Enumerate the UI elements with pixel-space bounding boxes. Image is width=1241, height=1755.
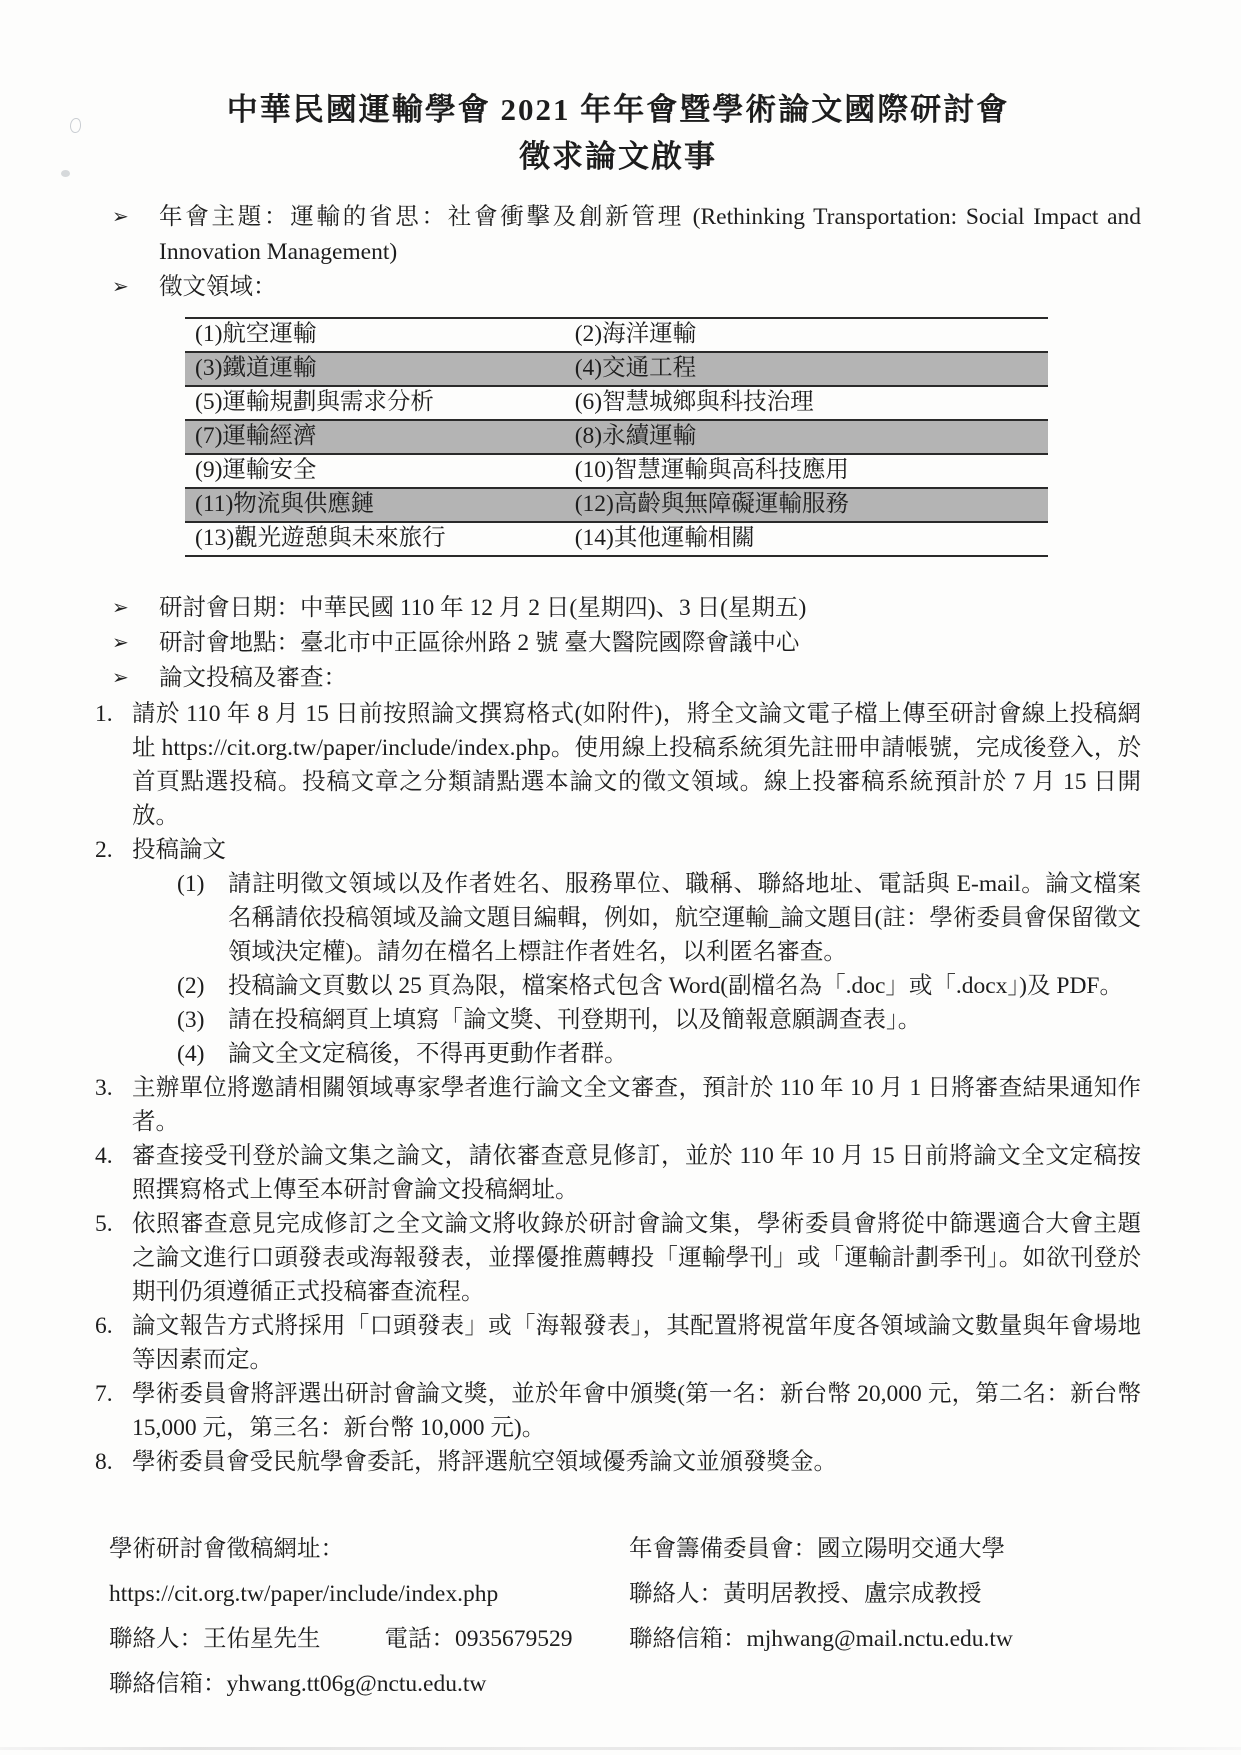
topic-cell: (13)觀光遊憩與未來旅行: [185, 522, 565, 556]
intro-section: ➢ 年會主題：運輸的省思：社會衝擊及創新管理 (Rethinking Trans…: [95, 200, 1141, 305]
subitem-text: 論文全文定稿後，不得再更動作者群。: [228, 1037, 1141, 1071]
item-number: 4.: [95, 1139, 132, 1207]
table-row: (9)運輸安全 (10)智慧運輸與高科技應用: [185, 454, 1048, 488]
subitem-text: 請在投稿網頁上填寫「論文獎、刊登期刊，以及簡報意願調查表」。: [228, 1003, 1141, 1037]
topic-cell: (7)運輸經濟: [185, 420, 565, 454]
arrow-bullet-icon: ➢: [112, 200, 159, 270]
submission-url: https://cit.org.tw/paper/include/index.p…: [109, 1572, 617, 1617]
topic-cell: (12)高齡與無障礙運輸服務: [565, 488, 1048, 522]
table-row: (11)物流與供應鏈 (12)高齡與無障礙運輸服務: [185, 488, 1048, 522]
topics-label: 徵文領域：: [159, 270, 1141, 305]
document-page: 中華民國運輸學會 2021 年年會暨學術論文國際研討會 徵求論文啟事 ➢ 年會主…: [0, 0, 1241, 1755]
item-number: 5.: [95, 1207, 132, 1309]
topics-bullet: ➢ 徵文領域：: [95, 270, 1141, 305]
venue-bullet: ➢ 研討會地點：臺北市中正區徐州路 2 號 臺大醫院國際會議中心: [95, 626, 1141, 661]
subitem-number: (3): [177, 1003, 228, 1037]
conference-venue-text: 研討會地點：臺北市中正區徐州路 2 號 臺大醫院國際會議中心: [159, 626, 1141, 661]
topic-cell: (11)物流與供應鏈: [185, 488, 565, 522]
submission-review-label: 論文投稿及審查：: [159, 661, 1141, 696]
item-number: 3.: [95, 1071, 132, 1139]
arrow-bullet-icon: ➢: [112, 626, 159, 661]
date-bullet: ➢ 研討會日期：中華民國 110 年 12 月 2 日(星期四)、3 日(星期五…: [95, 591, 1141, 626]
topic-cell: (9)運輸安全: [185, 454, 565, 488]
organizing-committee: 年會籌備委員會：國立陽明交通大學: [629, 1527, 1013, 1572]
committee-email: 聯絡信箱：mjhwang@mail.nctu.edu.tw: [629, 1617, 1013, 1662]
arrow-bullet-icon: ➢: [112, 661, 159, 696]
topics-table: (1)航空運輸 (2)海洋運輸 (3)鐵道運輸 (4)交通工程 (5)運輸規劃與…: [185, 317, 1048, 557]
subitem-number: (1): [177, 867, 228, 969]
item-text: 請於 110 年 8 月 15 日前按照論文撰寫格式(如附件)，將全文論文電子檔…: [132, 697, 1141, 833]
topic-cell: (6)智慧城鄉與科技治理: [565, 386, 1048, 420]
contact-email: 聯絡信箱：yhwang.tt06g@nctu.edu.tw: [109, 1662, 617, 1707]
sub-list-item: (2) 投稿論文頁數以 25 頁為限，檔案格式包含 Word(副檔名為「.doc…: [177, 969, 1141, 1003]
scan-edge-artifact: [0, 1747, 1241, 1750]
table-row: (7)運輸經濟 (8)永續運輸: [185, 420, 1048, 454]
item-number: 8.: [95, 1445, 132, 1479]
document-subtitle: 徵求論文啟事: [95, 133, 1141, 180]
item-text: 學術委員會受民航學會委託，將評選航空領域優秀論文並頒發獎金。: [132, 1445, 1141, 1479]
topic-cell: (1)航空運輸: [185, 318, 565, 352]
contact-phone: 電話：0935679529: [385, 1617, 573, 1662]
topic-cell: (10)智慧運輸與高科技應用: [565, 454, 1048, 488]
item-number: 2.: [95, 833, 132, 867]
subitem-number: (4): [177, 1037, 228, 1071]
conference-date-text: 研討會日期：中華民國 110 年 12 月 2 日(星期四)、3 日(星期五): [159, 591, 1141, 626]
document-title: 中華民國運輸學會 2021 年年會暨學術論文國際研討會: [95, 86, 1141, 133]
scan-artifact: [70, 118, 81, 133]
list-item: 2. 投稿論文: [95, 833, 1141, 867]
list-item: 5. 依照審查意見完成修訂之全文論文將收錄於研討會論文集，學術委員會將從中篩選適…: [95, 1207, 1141, 1309]
item-text: 審查接受刊登於論文集之論文，請依審查意見修訂，並於 110 年 10 月 15 …: [132, 1139, 1141, 1207]
subitem-text: 投稿論文頁數以 25 頁為限，檔案格式包含 Word(副檔名為「.doc」或「.…: [228, 969, 1141, 1003]
contact-footer: 學術研討會徵稿網址： https://cit.org.tw/paper/incl…: [95, 1527, 1141, 1707]
sub-list-item: (1) 請註明徵文領域以及作者姓名、服務單位、職稱、聯絡地址、電話與 E-mai…: [177, 867, 1141, 969]
topic-cell: (5)運輸規劃與需求分析: [185, 386, 565, 420]
item-number: 6.: [95, 1309, 132, 1377]
table-row: (13)觀光遊憩與未來旅行 (14)其他運輸相關: [185, 522, 1048, 556]
submission-bullet: ➢ 論文投稿及審查：: [95, 661, 1141, 696]
item-text: 依照審查意見完成修訂之全文論文將收錄於研討會論文集，學術委員會將從中篩選適合大會…: [132, 1207, 1141, 1309]
item-number: 1.: [95, 697, 132, 833]
subitem-number: (2): [177, 969, 228, 1003]
footer-right-column: 年會籌備委員會：國立陽明交通大學 聯絡人：黃明居教授、盧宗成教授 聯絡信箱：mj…: [629, 1527, 1013, 1707]
scan-artifact: [61, 170, 70, 177]
sub-list-item: (3) 請在投稿網頁上填寫「論文獎、刊登期刊，以及簡報意願調查表」。: [177, 1003, 1141, 1037]
topic-cell: (4)交通工程: [565, 352, 1048, 386]
list-item: 1. 請於 110 年 8 月 15 日前按照論文撰寫格式(如附件)，將全文論文…: [95, 697, 1141, 833]
list-item: 8. 學術委員會受民航學會委託，將評選航空領域優秀論文並頒發獎金。: [95, 1445, 1141, 1479]
topic-cell: (8)永續運輸: [565, 420, 1048, 454]
item-text: 學術委員會將評選出研討會論文獎，並於年會中頒獎(第一名：新台幣 20,000 元…: [132, 1377, 1141, 1445]
numbered-list: 1. 請於 110 年 8 月 15 日前按照論文撰寫格式(如附件)，將全文論文…: [95, 697, 1141, 1479]
table-row: (1)航空運輸 (2)海洋運輸: [185, 318, 1048, 352]
item-text: 論文報告方式將採用「口頭發表」或「海報發表」，其配置將視當年度各領域論文數量與年…: [132, 1309, 1141, 1377]
conference-theme-text: 年會主題：運輸的省思：社會衝擊及創新管理 (Rethinking Transpo…: [159, 200, 1141, 270]
arrow-bullet-icon: ➢: [112, 270, 159, 305]
list-item: 7. 學術委員會將評選出研討會論文獎，並於年會中頒獎(第一名：新台幣 20,00…: [95, 1377, 1141, 1445]
sub-list-item: (4) 論文全文定稿後，不得再更動作者群。: [177, 1037, 1141, 1071]
table-row: (3)鐵道運輸 (4)交通工程: [185, 352, 1048, 386]
list-item: 4. 審查接受刊登於論文集之論文，請依審查意見修訂，並於 110 年 10 月 …: [95, 1139, 1141, 1207]
item-text: 投稿論文: [132, 833, 1141, 867]
item-number: 7.: [95, 1377, 132, 1445]
arrow-bullet-icon: ➢: [112, 591, 159, 626]
submission-site-label: 學術研討會徵稿網址：: [109, 1527, 617, 1572]
contact-person: 聯絡人：王佑星先生: [109, 1617, 321, 1662]
committee-contacts: 聯絡人：黃明居教授、盧宗成教授: [629, 1572, 1013, 1617]
details-section: ➢ 研討會日期：中華民國 110 年 12 月 2 日(星期四)、3 日(星期五…: [95, 591, 1141, 696]
footer-left-column: 學術研討會徵稿網址： https://cit.org.tw/paper/incl…: [109, 1527, 617, 1707]
subitem-text: 請註明徵文領域以及作者姓名、服務單位、職稱、聯絡地址、電話與 E-mail。論文…: [228, 867, 1141, 969]
table-row: (5)運輸規劃與需求分析 (6)智慧城鄉與科技治理: [185, 386, 1048, 420]
contact-phone-line: 聯絡人：王佑星先生 電話：0935679529: [109, 1617, 617, 1662]
topic-cell: (3)鐵道運輸: [185, 352, 565, 386]
theme-bullet: ➢ 年會主題：運輸的省思：社會衝擊及創新管理 (Rethinking Trans…: [95, 200, 1141, 270]
list-item: 6. 論文報告方式將採用「口頭發表」或「海報發表」，其配置將視當年度各領域論文數…: [95, 1309, 1141, 1377]
list-item: 3. 主辦單位將邀請相關領域專家學者進行論文全文審查，預計於 110 年 10 …: [95, 1071, 1141, 1139]
item-text: 主辦單位將邀請相關領域專家學者進行論文全文審查，預計於 110 年 10 月 1…: [132, 1071, 1141, 1139]
topic-cell: (14)其他運輸相關: [565, 522, 1048, 556]
topic-cell: (2)海洋運輸: [565, 318, 1048, 352]
